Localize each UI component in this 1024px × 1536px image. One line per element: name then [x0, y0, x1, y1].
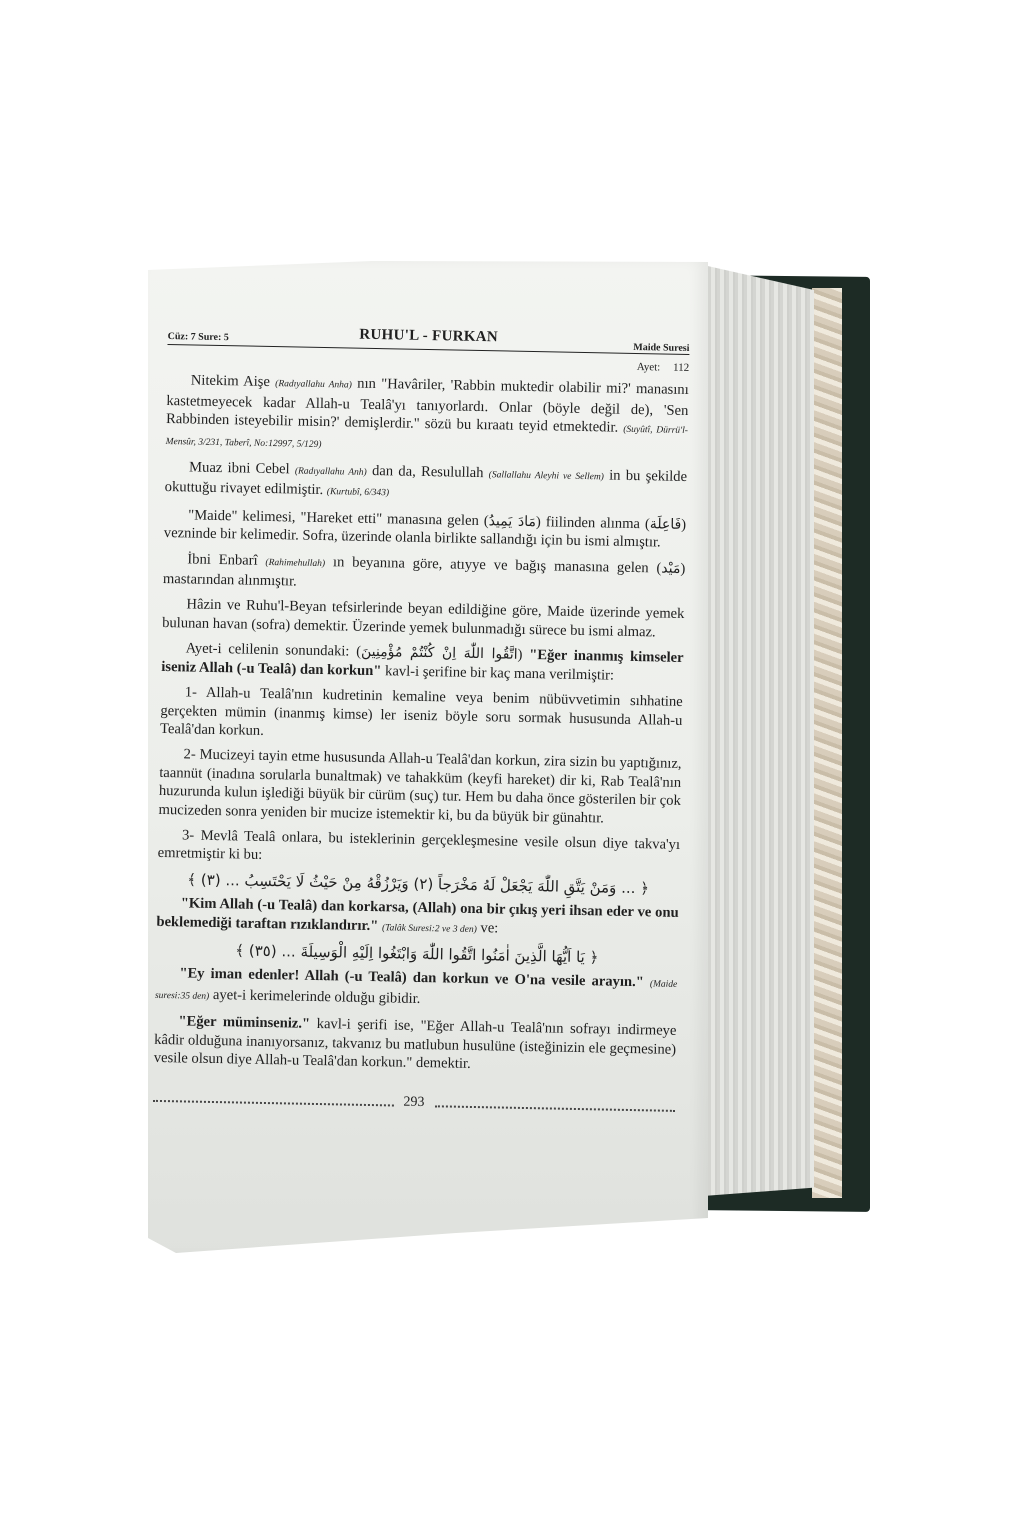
- arabic-word: مَادَ يَمِيدُ: [489, 513, 537, 530]
- text: ): [517, 647, 522, 663]
- paragraph-3: "Maide" kelimesi, "Hareket etti" manasın…: [164, 506, 687, 553]
- open-page: Cüz: 7 Sure: 5 RUHU'L - FURKAN Maide Sur…: [148, 258, 708, 1258]
- paragraph-5: Hâzin ve Ruhu'l-Beyan tefsirlerinde beya…: [162, 595, 685, 642]
- page-stack-edge: [690, 262, 814, 1197]
- honorific: (Sallallahu Aleyhi ve Sellem): [489, 470, 604, 482]
- text: dan da, Resulullah: [372, 463, 484, 481]
- text: ın beyanına göre, atıyye ve bağış manası…: [333, 554, 662, 576]
- paragraph-7: 1- Allah-u Tealâ'nın kudretinin kemaline…: [160, 683, 683, 748]
- text: ve:: [480, 920, 498, 936]
- text: ) fiilinden alınma (: [536, 514, 650, 532]
- honorific: (Rahimehullah): [265, 558, 325, 569]
- paragraph-6: Ayet-i celilenin sonundaki: (اتَّقُوا ال…: [161, 639, 684, 686]
- ayet-number: 112: [673, 362, 689, 374]
- arabic-word: فَاعِلَة: [650, 516, 682, 533]
- page-footer: 293: [153, 1089, 675, 1117]
- arabic-verse-2: ﴿ يَا اَيُّهَا الَّذِينَ اٰمَنُوا اتَّقُ…: [156, 940, 678, 968]
- paragraph-8: 2- Mucizeyi tayin etme hususunda Allah-u…: [158, 745, 681, 829]
- text: İbni Enbarî: [187, 551, 258, 568]
- book-photo: Cüz: 7 Sure: 5 RUHU'L - FURKAN Maide Sur…: [0, 0, 1024, 1536]
- running-header: Cüz: 7 Sure: 5 RUHU'L - FURKAN Maide Sur…: [167, 318, 689, 355]
- arabic-verse-1: ﴿ ... وَمَنْ يَتَّقِ اللّٰهَ يَجْعَلْ لَ…: [157, 870, 679, 898]
- paragraph-1: Nitekim Aişe (Radıyallahu Anha) nın "Hav…: [165, 371, 688, 461]
- text: Nitekim Aişe: [191, 373, 270, 391]
- honorific: (Radıyallahu Anh): [295, 466, 367, 477]
- ayet-label: Ayet:: [637, 361, 661, 373]
- decorated-page-edge: [812, 288, 842, 1198]
- bold-quote: "Eğer müminseniz.": [178, 1014, 310, 1033]
- paragraph-12: "Eğer müminseniz." kavl-i şerifi ise, "E…: [154, 1012, 677, 1077]
- paragraph-9: 3- Mevlâ Tealâ onlara, bu isteklerinin g…: [158, 826, 681, 873]
- citation: (Talâk Suresi:2 ve 3 den): [382, 923, 477, 935]
- text: Ayet-i celilenin sonundaki: (: [186, 641, 362, 660]
- arabic-phrase: اتَّقُوا اللّٰهَ اِنْ كُنْتُمْ مُؤْمِنِي…: [361, 644, 518, 663]
- page-content: Cüz: 7 Sure: 5 RUHU'L - FURKAN Maide Sur…: [153, 318, 690, 1118]
- text: kavl-i şerifine bir kaç mana verilmiştir…: [385, 663, 614, 683]
- dotted-rule-right: [434, 1105, 674, 1112]
- text: ayet-i kerimelerinde olduğu gibidir.: [213, 987, 421, 1007]
- book-title: RUHU'L - FURKAN: [168, 322, 690, 350]
- page-number: 293: [403, 1094, 424, 1113]
- paragraph-4: İbni Enbarî (Rahimehullah) ın beyanına g…: [163, 550, 686, 599]
- paragraph-10: "Kim Allah (-u Tealâ) dan korkarsa, (All…: [156, 894, 679, 943]
- citation: (Kurtubî, 6/343): [327, 488, 389, 499]
- paragraph-11: "Ey iman edenler! Allah (-u Tealâ) dan k…: [155, 964, 678, 1015]
- paragraph-2: Muaz ibni Cebel (Radıyallahu Anh) dan da…: [165, 458, 688, 509]
- dotted-rule-left: [153, 1099, 393, 1106]
- surah-name: Maide Suresi: [633, 339, 690, 358]
- arabic-word: مَيْد: [661, 560, 680, 576]
- text: Muaz ibni Cebel: [189, 459, 290, 477]
- honorific: (Radıyallahu Anha): [275, 379, 352, 390]
